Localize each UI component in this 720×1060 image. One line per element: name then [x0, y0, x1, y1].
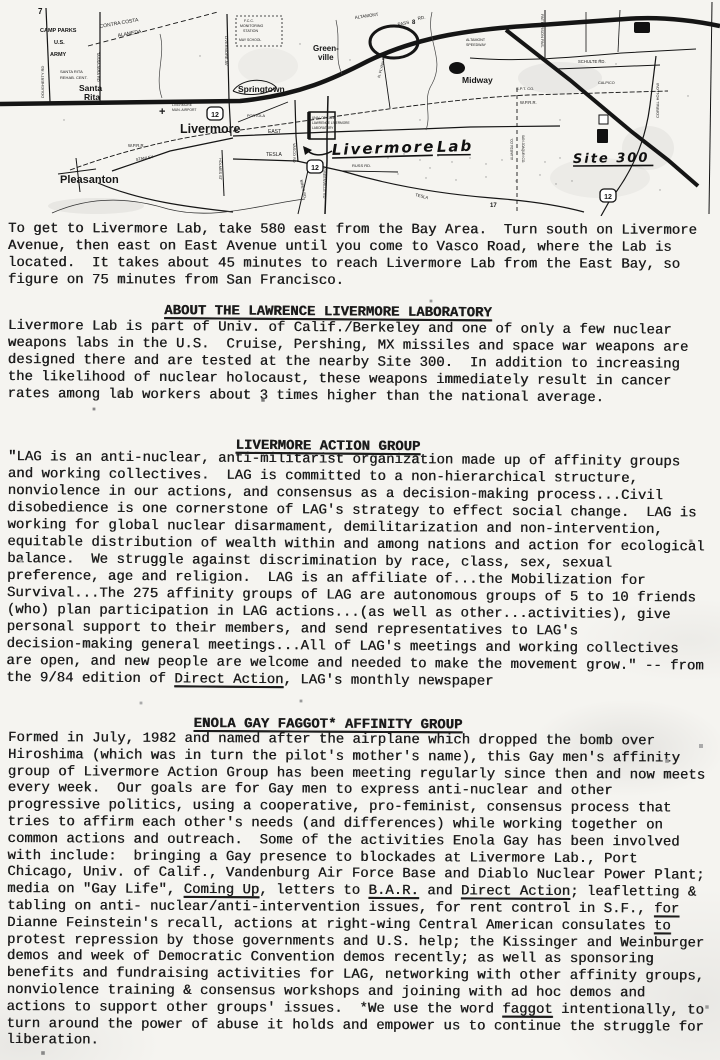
county-line-diagonal [88, 12, 218, 46]
svg-text:12: 12 [604, 194, 612, 201]
east-avenue [233, 126, 560, 136]
map-label: PORTOLA [247, 114, 265, 118]
route-12-shield: 12 [307, 160, 323, 173]
map-label: CALPICO [598, 81, 615, 85]
map-label: MUN. AIRPORT [172, 108, 196, 112]
map-label: CAMP PARKS [40, 28, 77, 34]
map-label: LIVERMORE AV [224, 36, 229, 66]
map-label: SAN JOAQUIN CO. [521, 135, 525, 163]
map-label: MONITORING [240, 24, 263, 28]
map-label: CONTRA COSTA [99, 17, 139, 30]
site-300-gate-icon [599, 115, 608, 124]
map-label: PATTERSON PAS. [540, 14, 545, 48]
map-label: ALAMEDA [117, 29, 142, 39]
map-label: TESLA [415, 192, 429, 200]
map-label: RUSS RD. [352, 163, 371, 168]
svg-text:12: 12 [211, 112, 219, 119]
portola-avenue [238, 102, 288, 122]
route-12-shield: 12 [207, 107, 223, 120]
map-label: Springtown [238, 84, 285, 94]
scanned-flyer-page: 121212 7CAMP PARKSU.S.ARMYCONTRA COSTAAL… [0, 0, 720, 1060]
about-paragraph: Livermore Lab is part of Univ. of Calif.… [7, 318, 720, 408]
map-right-edge-road [709, 2, 712, 214]
freeway-shield-marker [634, 22, 650, 33]
map-label: TASSAJARA RD [96, 52, 101, 82]
map-label: STANLEY [135, 154, 154, 162]
map-label: LAWRENCE LIVERMORE [312, 121, 350, 125]
map-label: S.P.T. CO. [516, 86, 534, 91]
creek-1 [426, 12, 437, 130]
map-label: W.P.R.R. [128, 143, 145, 148]
map-label: EAST [268, 129, 281, 135]
map-label: GREENVILLE RD [322, 168, 326, 199]
map-label: CORRAL HOLLOW [655, 83, 660, 118]
map-label: MAY SCHOOL [239, 38, 261, 42]
map-label: ALTAMONT [354, 12, 379, 20]
map-label: F.C.C. [244, 19, 254, 23]
map-label: ALTAMONT [466, 38, 486, 42]
road-map: 121212 7CAMP PARKSU.S.ARMYCONTRA COSTAAL… [0, 0, 720, 216]
map-label: Pleasanton [60, 174, 119, 186]
map-label: VASCO RD [292, 143, 296, 163]
map-label: SPEEDWAY [466, 43, 487, 47]
tesla-road [233, 159, 584, 212]
map-label: RD. [417, 14, 426, 21]
freeway-580 [0, 18, 720, 104]
map-label: LIVERMORE [172, 103, 193, 107]
map-label: ARMY [50, 52, 67, 58]
map-label: 7 [38, 7, 43, 16]
map-label: REHAB. CENT. [60, 75, 88, 80]
creek-2 [159, 34, 162, 98]
map-label: UNIV. OF CALIF [312, 116, 335, 120]
map-label: Rita [84, 92, 100, 102]
map-label: SANTA RITA [60, 69, 83, 74]
map-label: LABORATORY [312, 126, 334, 130]
map-label: DOUGHERTY RD [40, 66, 45, 98]
directions-paragraph: To get to Livermore Lab, take 580 east f… [8, 221, 720, 291]
route-12-shield: 12 [600, 189, 616, 202]
map-label: TESLA [266, 152, 283, 158]
map-label: Midway [462, 75, 493, 85]
handwritten-map-label: Lab [437, 137, 474, 156]
livermore-avenue [227, 14, 231, 136]
map-label: STATION [243, 29, 258, 33]
map-label: Livermore [180, 122, 240, 136]
map-label: HOLMES ST [218, 158, 222, 181]
russ-road [342, 171, 398, 172]
map-label: Green- [313, 44, 339, 53]
grid-road-2 [618, 10, 620, 52]
map-label: U.S. [54, 40, 65, 46]
map-label: SCHULTE RD. [578, 59, 606, 64]
map-label: ALAMEDA CO. [510, 138, 514, 160]
enola-paragraph: Formed in July, 1982 and named after the… [6, 730, 720, 1053]
reservoir-blob [449, 62, 465, 74]
map-label: ville [318, 53, 334, 62]
map-label: 17 [490, 203, 497, 209]
map-label: 8 [412, 20, 416, 26]
svg-text:12: 12 [311, 165, 319, 172]
map-label: + [159, 106, 165, 118]
map-label: W.P.R.R. [520, 100, 537, 105]
lag-paragraph: "LAG is an anti-nuclear, anti-militarist… [6, 449, 720, 693]
handwritten-map-label: Site 300 [573, 151, 650, 167]
site-300-marker [597, 129, 608, 143]
